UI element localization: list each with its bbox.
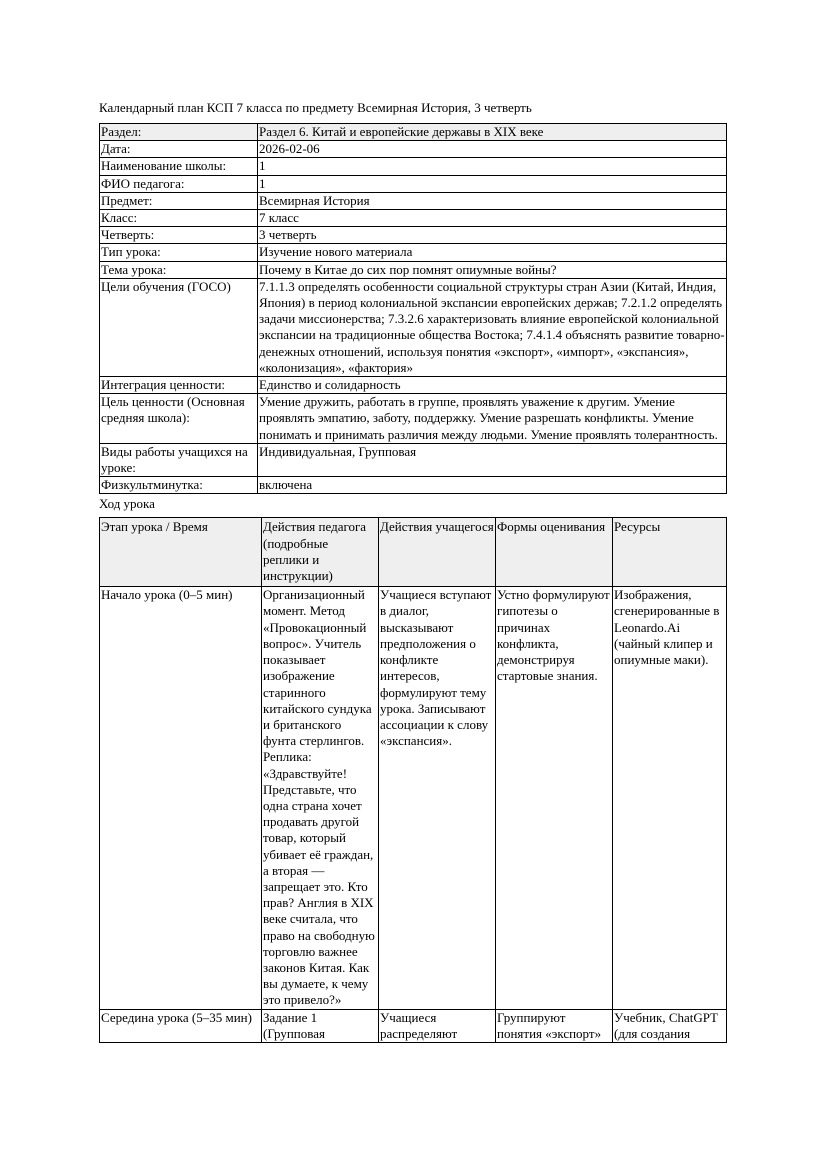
student-actions-cell: Учащиеся распределяют [379, 1009, 496, 1042]
info-row-learning-goals: Цели обучения (ГОСО) 7.1.1.3 определять … [100, 278, 727, 376]
student-actions-cell: Учащиеся вступают в диалог, высказывают … [379, 587, 496, 1009]
info-label: Предмет: [100, 192, 258, 209]
info-value: Индивидуальная, Групповая [258, 443, 727, 476]
info-value: 3 четверть [258, 227, 727, 244]
info-label: ФИО педагога: [100, 175, 258, 192]
info-row-value-integration: Интеграция ценности: Единство и солидарн… [100, 377, 727, 394]
info-value: 2026-02-06 [258, 141, 727, 158]
lesson-flow-table: Этап урока / Время Действия педагога (по… [99, 517, 727, 1043]
info-label: Четверть: [100, 227, 258, 244]
stage-cell: Середина урока (5–35 мин) [100, 1009, 262, 1042]
info-value: Раздел 6. Китай и европейские державы в … [258, 124, 727, 141]
info-value: включена [258, 477, 727, 494]
info-row-value-goal: Цель ценности (Основная средняя школа): … [100, 394, 727, 444]
lesson-flow-row: Начало урока (0–5 мин) Организационный м… [100, 587, 727, 1009]
info-row-date: Дата: 2026-02-06 [100, 141, 727, 158]
lesson-info-table: Раздел: Раздел 6. Китай и европейские де… [99, 123, 727, 494]
document-title: Календарный план КСП 7 класса по предмет… [99, 100, 727, 116]
stage-cell: Начало урока (0–5 мин) [100, 587, 262, 1009]
info-label: Цель ценности (Основная средняя школа): [100, 394, 258, 444]
resources-cell: Изображения, сгенерированные в Leonardo.… [613, 587, 727, 1009]
teacher-actions-cell: Организационный момент. Метод «Провокаци… [262, 587, 379, 1009]
info-label: Виды работы учащихся на уроке: [100, 443, 258, 476]
info-value: 7 класс [258, 210, 727, 227]
info-label: Раздел: [100, 124, 258, 141]
info-value: Изучение нового материала [258, 244, 727, 261]
info-label: Физкультминутка: [100, 477, 258, 494]
info-row-physical-break: Физкультминутка: включена [100, 477, 727, 494]
info-value: 7.1.1.3 определять особенности социально… [258, 278, 727, 376]
document-page: Календарный план КСП 7 класса по предмет… [99, 100, 727, 1043]
column-header-student-actions: Действия учащегося [379, 518, 496, 587]
resources-cell: Учебник, ChatGPT (для создания [613, 1009, 727, 1042]
info-label: Дата: [100, 141, 258, 158]
column-header-stage: Этап урока / Время [100, 518, 262, 587]
info-row-work-types: Виды работы учащихся на уроке: Индивидуа… [100, 443, 727, 476]
info-label: Интеграция ценности: [100, 377, 258, 394]
info-value: 1 [258, 158, 727, 175]
assessment-cell: Группируют понятия «экспорт» [496, 1009, 613, 1042]
info-row-topic: Тема урока: Почему в Китае до сих пор по… [100, 261, 727, 278]
info-row-grade: Класс: 7 класс [100, 210, 727, 227]
column-header-resources: Ресурсы [613, 518, 727, 587]
info-row-subject: Предмет: Всемирная История [100, 192, 727, 209]
column-header-assessment: Формы оценивания [496, 518, 613, 587]
info-label: Цели обучения (ГОСО) [100, 278, 258, 376]
info-label: Тип урока: [100, 244, 258, 261]
column-header-teacher-actions: Действия педагога (подробные реплики и и… [262, 518, 379, 587]
info-value: Единство и солидарность [258, 377, 727, 394]
info-value: Почему в Китае до сих пор помнят опиумны… [258, 261, 727, 278]
info-value: Умение дружить, работать в группе, прояв… [258, 394, 727, 444]
info-value: 1 [258, 175, 727, 192]
lesson-flow-row: Середина урока (5–35 мин) Задание 1 (Гру… [100, 1009, 727, 1042]
info-value: Всемирная История [258, 192, 727, 209]
lesson-flow-heading: Ход урока [99, 495, 727, 512]
info-label: Класс: [100, 210, 258, 227]
info-row-quarter: Четверть: 3 четверть [100, 227, 727, 244]
teacher-actions-cell: Задание 1 (Групповая [262, 1009, 379, 1042]
info-row-teacher: ФИО педагога: 1 [100, 175, 727, 192]
info-row-lesson-type: Тип урока: Изучение нового материала [100, 244, 727, 261]
info-label: Тема урока: [100, 261, 258, 278]
lesson-flow-header-row: Этап урока / Время Действия педагога (по… [100, 518, 727, 587]
info-label: Наименование школы: [100, 158, 258, 175]
info-row-school: Наименование школы: 1 [100, 158, 727, 175]
assessment-cell: Устно формулируют гипотезы о причинах ко… [496, 587, 613, 1009]
info-row-section: Раздел: Раздел 6. Китай и европейские де… [100, 124, 727, 141]
